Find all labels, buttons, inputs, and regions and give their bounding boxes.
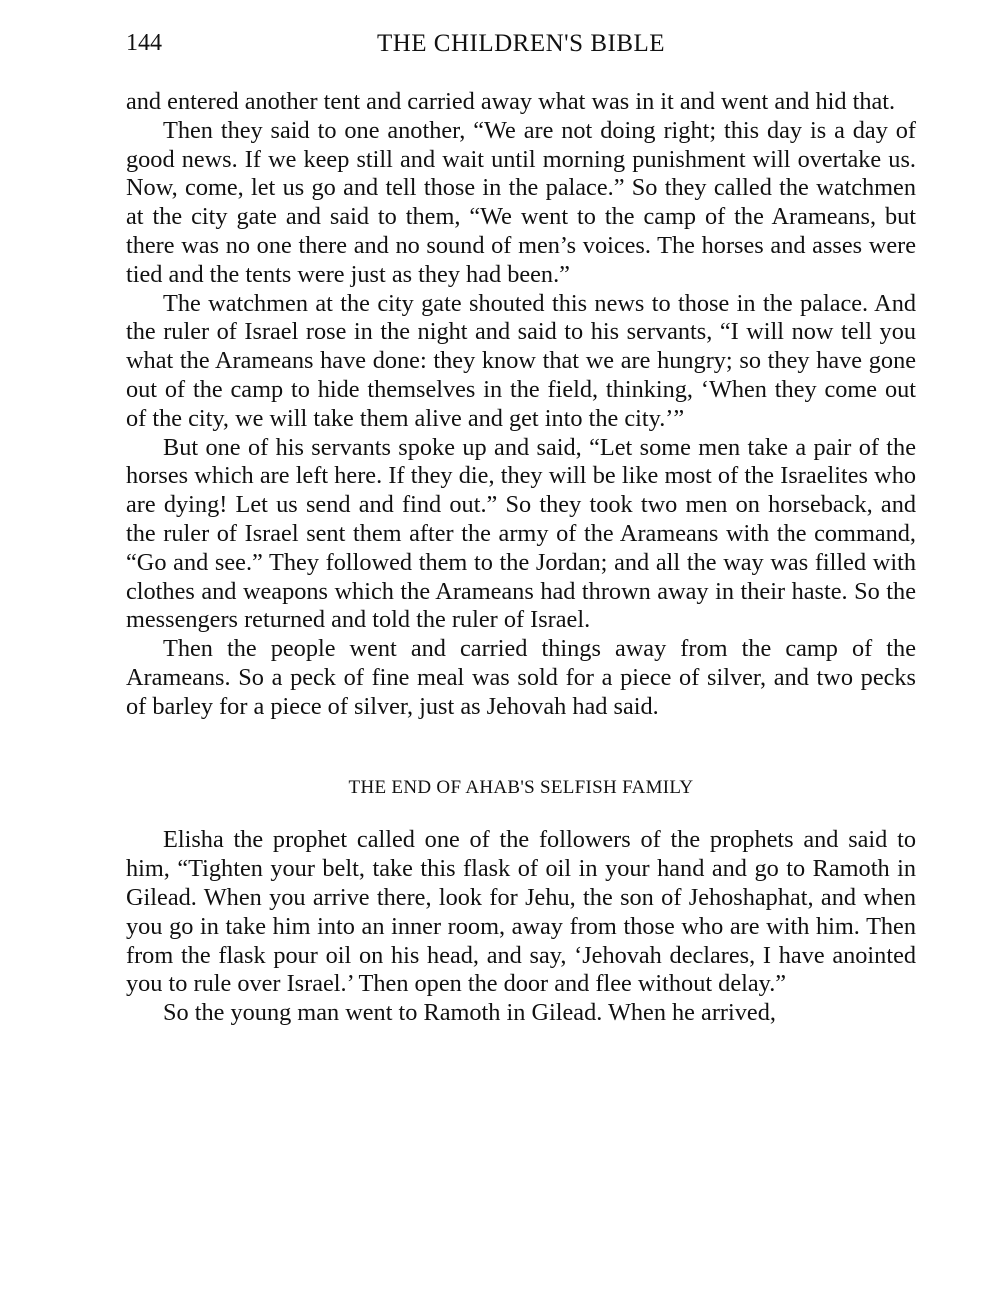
- paragraph: The watchmen at the city gate shouted th…: [126, 290, 916, 434]
- paragraph: Then the people went and carried things …: [126, 635, 916, 721]
- paragraph: Elisha the prophet called one of the fol…: [126, 826, 916, 999]
- paragraph: So the young man went to Ramoth in Gilea…: [126, 999, 916, 1028]
- page-body: and entered another tent and carried awa…: [126, 88, 916, 1028]
- section-heading: THE END OF AHAB'S SELFISH FAMILY: [126, 774, 916, 803]
- page-header: 144 THE CHILDREN'S BIBLE: [126, 30, 916, 70]
- book-page: 144 THE CHILDREN'S BIBLE and entered ano…: [126, 30, 916, 1028]
- paragraph: Then they said to one another, “We are n…: [126, 117, 916, 290]
- paragraph: and entered another tent and carried awa…: [126, 88, 916, 117]
- running-title: THE CHILDREN'S BIBLE: [126, 30, 916, 58]
- paragraph: But one of his servants spoke up and sai…: [126, 434, 916, 636]
